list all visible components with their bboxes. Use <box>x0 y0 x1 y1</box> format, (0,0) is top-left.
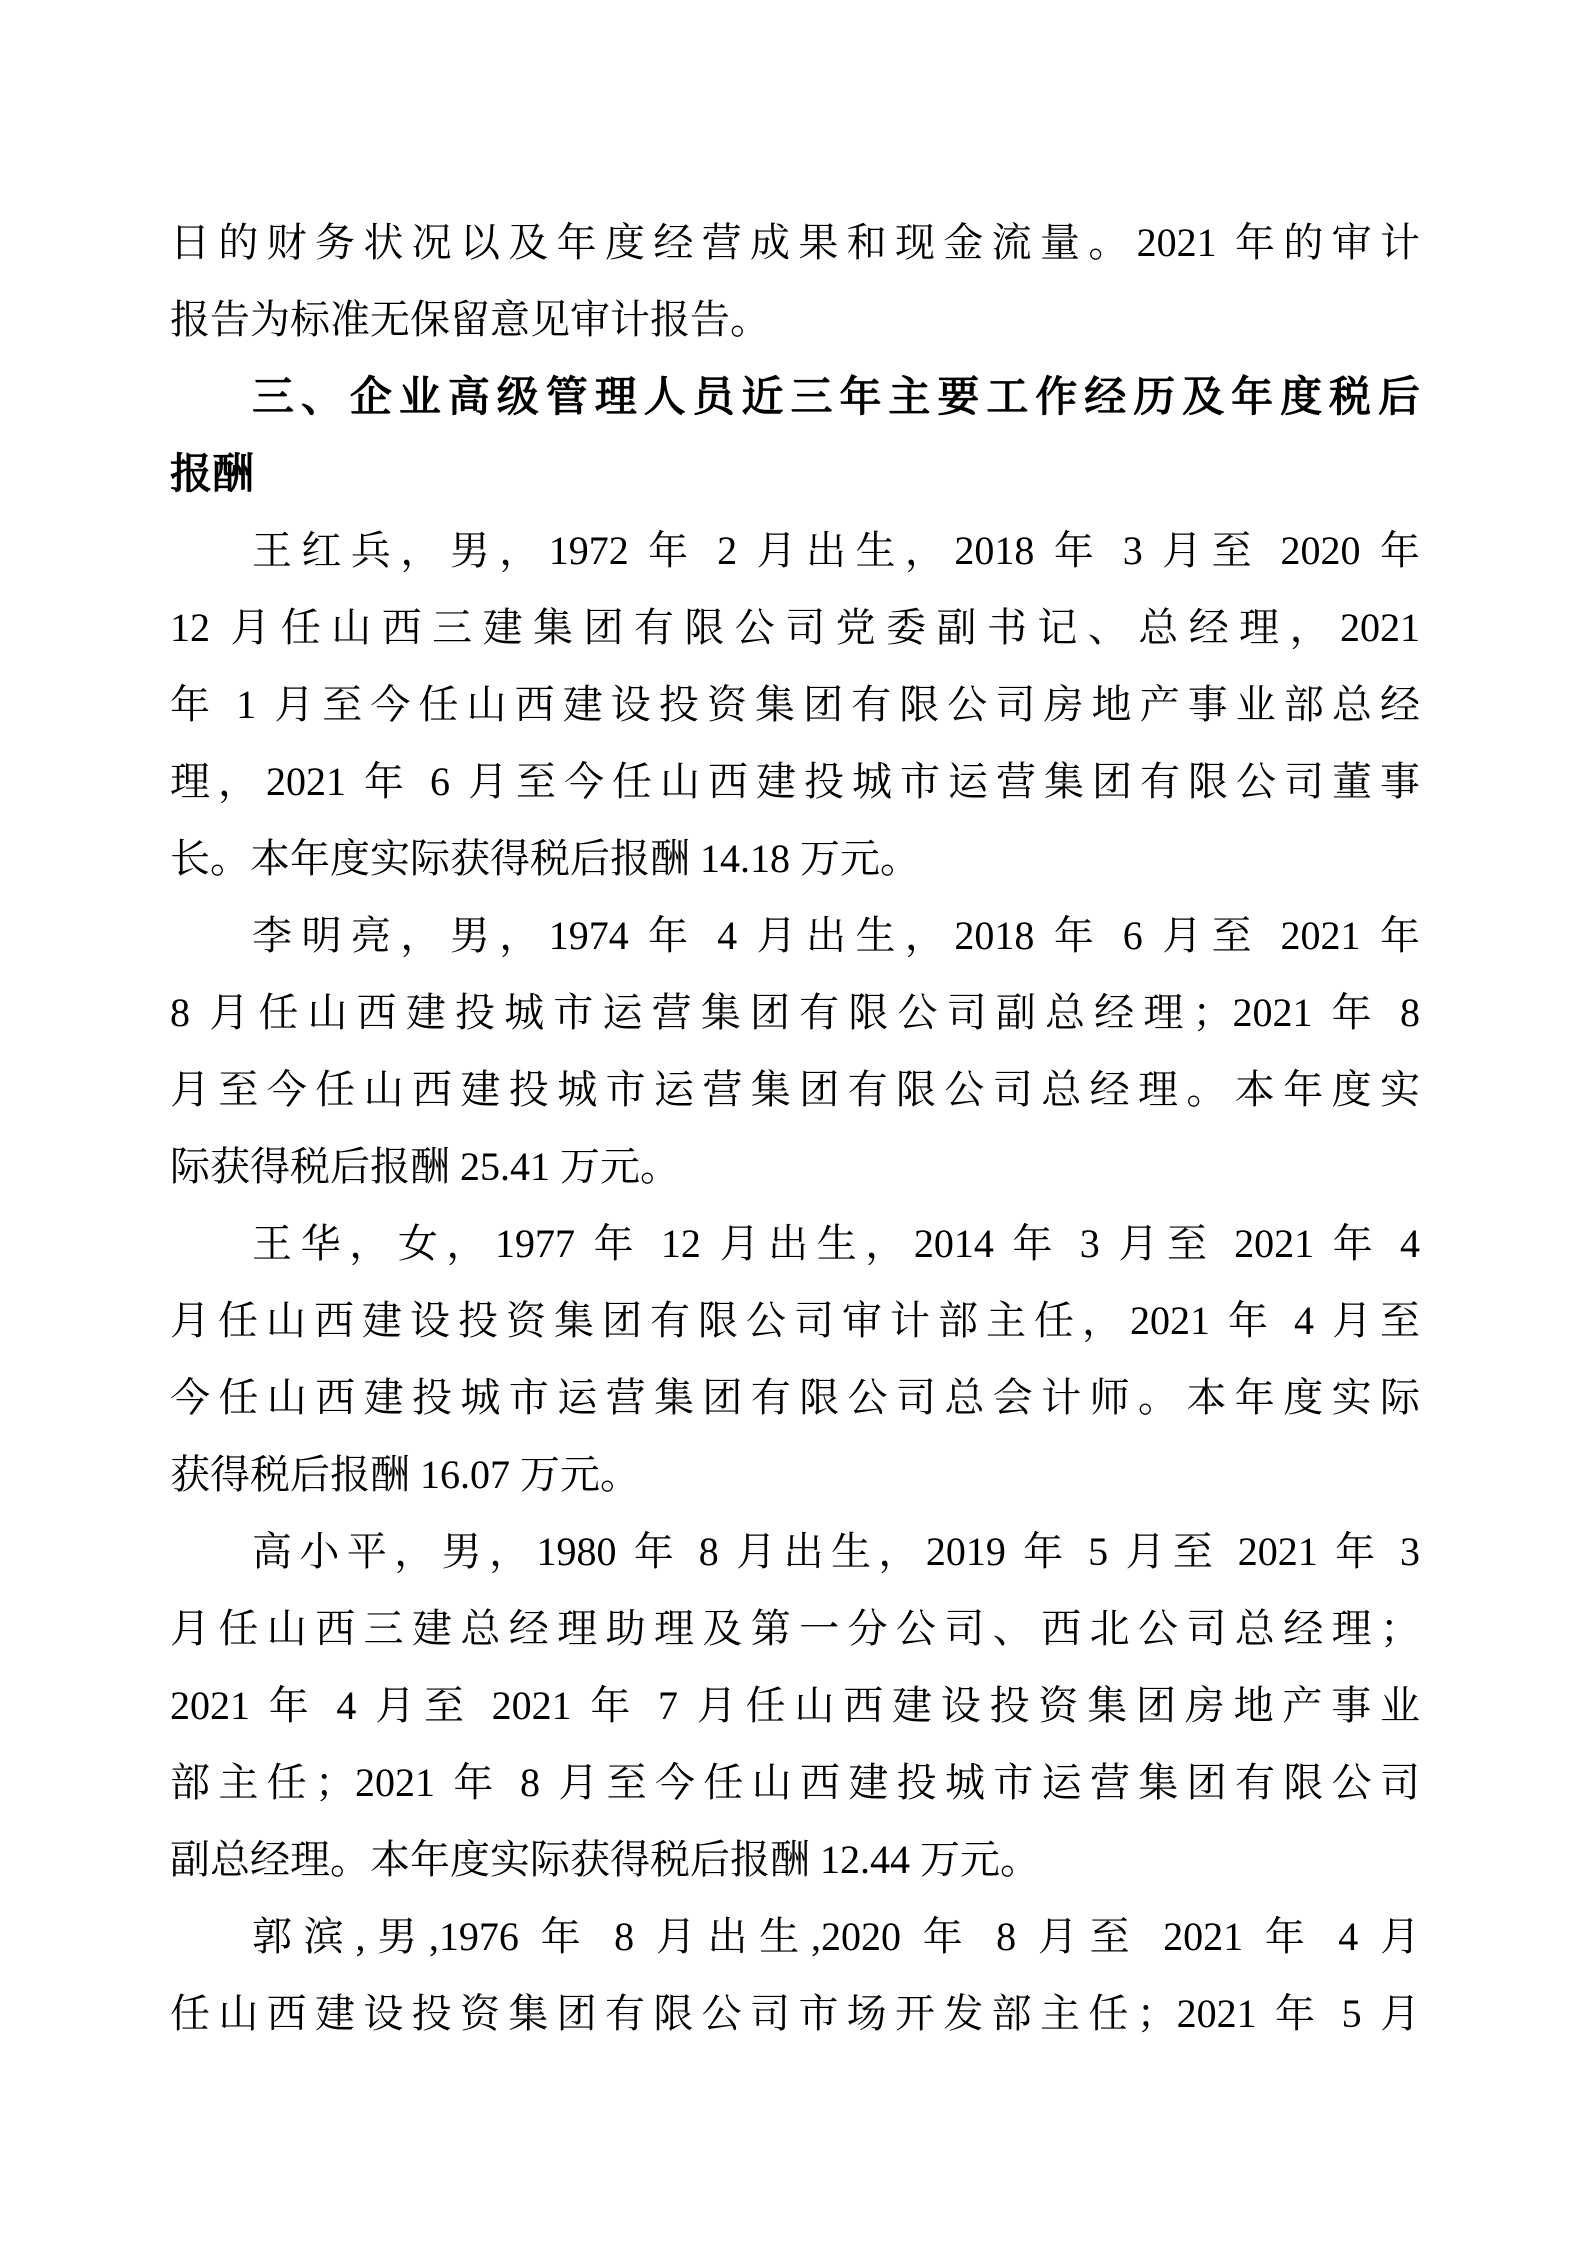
paragraph-audit-opinion-continuation: 日的财务状况以及年度经营成果和现金流量。2021 年的审计报告为标准无保留意见审… <box>170 204 1420 358</box>
text-line: 月任山西建设投资集团有限公司审计部主任，2021 年 4 月至 <box>170 1282 1420 1359</box>
text-line: 部主任；2021 年 8 月至今任山西建投城市运营集团有限公司 <box>170 1744 1420 1821</box>
text-line: 年 1 月至今任山西建设投资集团有限公司房地产事业部总经 <box>170 666 1420 743</box>
text-line: 任山西建设投资集团有限公司市场开发部主任；2021 年 5 月 <box>170 1975 1420 2052</box>
text-line: 日的财务状况以及年度经营成果和现金流量。2021 年的审计 <box>170 204 1420 281</box>
text-line: 王红兵，男，1972 年 2 月出生，2018 年 3 月至 2020 年 <box>170 512 1420 589</box>
text-line: 副总经理。本年度实际获得税后报酬 12.44 万元。 <box>170 1821 1420 1898</box>
text-line: 报酬 <box>170 435 1420 512</box>
document-page: 日的财务状况以及年度经营成果和现金流量。2021 年的审计报告为标准无保留意见审… <box>0 0 1587 2245</box>
text-line: 三、企业高级管理人员近三年主要工作经历及年度税后 <box>170 358 1420 435</box>
text-line: 高小平，男，1980 年 8 月出生，2019 年 5 月至 2021 年 3 <box>170 1513 1420 1590</box>
paragraph-wang-hongbing: 王红兵，男，1972 年 2 月出生，2018 年 3 月至 2020 年12 … <box>170 512 1420 897</box>
text-line: 王华，女，1977 年 12 月出生，2014 年 3 月至 2021 年 4 <box>170 1205 1420 1282</box>
text-line: 今任山西建投城市运营集团有限公司总会计师。本年度实际 <box>170 1359 1420 1436</box>
text-line: 12 月任山西三建集团有限公司党委副书记、总经理，2021 <box>170 589 1420 666</box>
text-line: 获得税后报酬 16.07 万元。 <box>170 1436 1420 1513</box>
text-line: 报告为标准无保留意见审计报告。 <box>170 281 1420 358</box>
text-line: 郭滨,男,1976 年 8 月出生,2020 年 8 月至 2021 年 4 月 <box>170 1898 1420 1975</box>
text-line: 月至今任山西建投城市运营集团有限公司总经理。本年度实 <box>170 1051 1420 1128</box>
text-line: 2021 年 4 月至 2021 年 7 月任山西建设投资集团房地产事业 <box>170 1667 1420 1744</box>
text-line: 长。本年度实际获得税后报酬 14.18 万元。 <box>170 820 1420 897</box>
paragraph-guo-bin: 郭滨,男,1976 年 8 月出生,2020 年 8 月至 2021 年 4 月… <box>170 1898 1420 2052</box>
heading-section-three-senior-managers: 三、企业高级管理人员近三年主要工作经历及年度税后报酬 <box>170 358 1420 512</box>
text-line: 8 月任山西建投城市运营集团有限公司副总经理；2021 年 8 <box>170 974 1420 1051</box>
paragraph-gao-xiaoping: 高小平，男，1980 年 8 月出生，2019 年 5 月至 2021 年 3月… <box>170 1513 1420 1898</box>
text-line: 月任山西三建总经理助理及第一分公司、西北公司总经理； <box>170 1590 1420 1667</box>
paragraph-wang-hua: 王华，女，1977 年 12 月出生，2014 年 3 月至 2021 年 4月… <box>170 1205 1420 1513</box>
text-line: 际获得税后报酬 25.41 万元。 <box>170 1128 1420 1205</box>
text-line: 李明亮，男，1974 年 4 月出生，2018 年 6 月至 2021 年 <box>170 897 1420 974</box>
paragraph-li-mingliang: 李明亮，男，1974 年 4 月出生，2018 年 6 月至 2021 年8 月… <box>170 897 1420 1205</box>
text-line: 理，2021 年 6 月至今任山西建投城市运营集团有限公司董事 <box>170 743 1420 820</box>
